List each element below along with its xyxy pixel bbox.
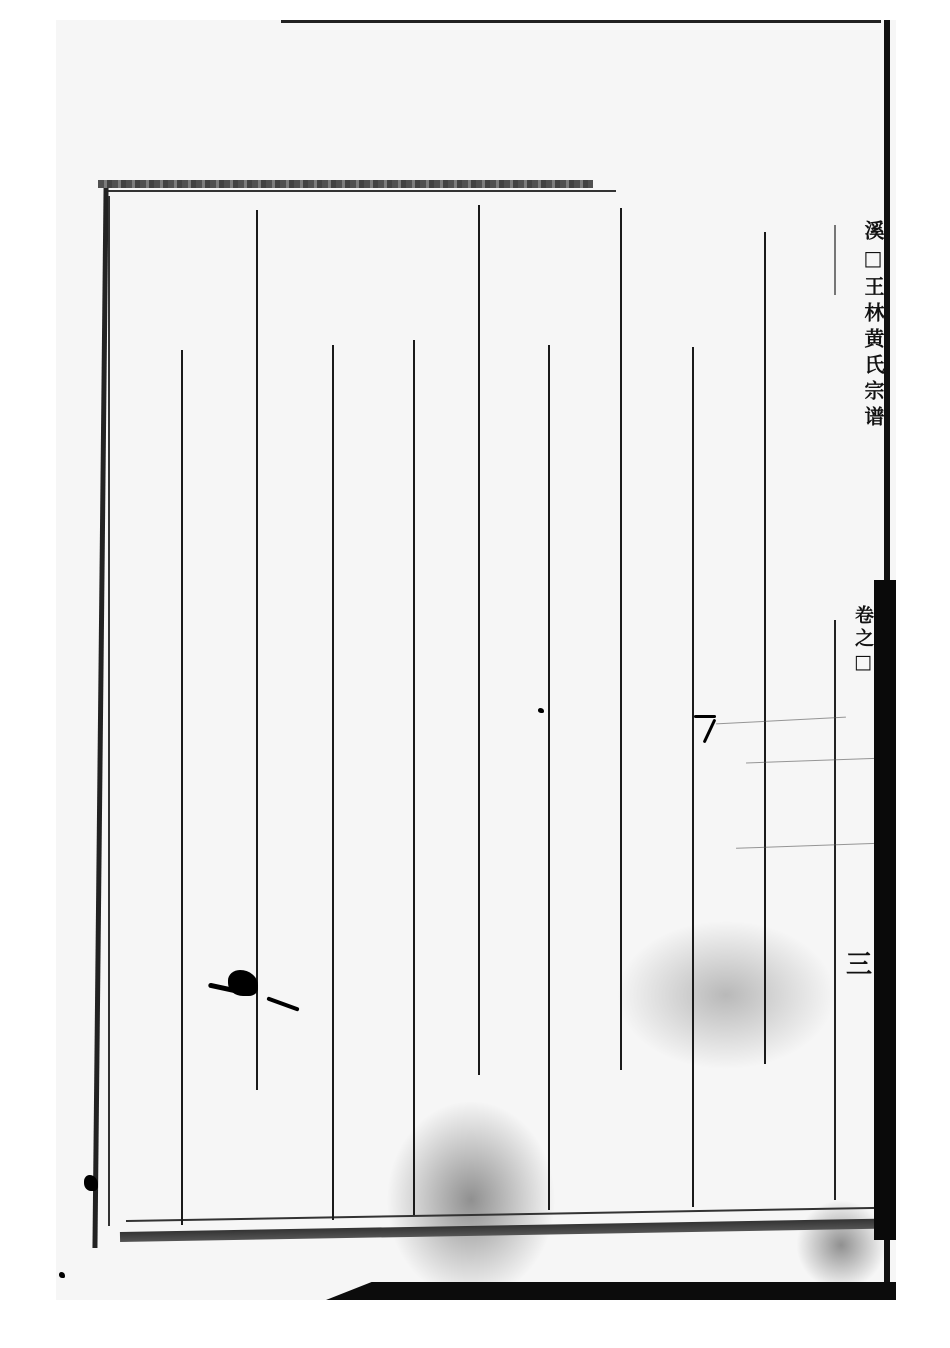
margin-book-title: 溪□王林黄氏宗谱 — [862, 220, 884, 432]
frame-left-border — [92, 188, 108, 1248]
scanned-page: 溪□王林黄氏宗谱 卷之□ 三 — [56, 20, 896, 1300]
column-rule — [332, 345, 334, 1220]
page-number: 三 — [844, 952, 874, 978]
column-rule — [620, 208, 622, 1070]
faint-line — [746, 758, 886, 764]
column-rule — [764, 232, 766, 1064]
ink-dot — [538, 708, 544, 713]
margin-volume-label: 卷之□ — [852, 605, 874, 677]
column-rule — [692, 347, 694, 1207]
ink-blot — [84, 1175, 98, 1191]
faint-line — [716, 717, 846, 725]
page-bottom-shadow — [326, 1282, 896, 1300]
column-rule — [256, 210, 258, 1090]
margin-dark-band — [874, 580, 896, 1240]
column-rule — [478, 205, 480, 1075]
ink-blot — [266, 996, 299, 1011]
page-top-edge — [281, 20, 881, 23]
column-rule — [548, 345, 550, 1210]
ink-dot — [59, 1272, 65, 1278]
ink-stain — [386, 1100, 556, 1300]
ink-stain — [796, 1200, 886, 1290]
frame-left-inner-line — [108, 196, 110, 1226]
column-rule — [181, 350, 183, 1225]
ink-mark — [703, 719, 717, 744]
frame-top-inner-line — [104, 190, 616, 192]
faint-line — [736, 842, 896, 849]
ink-mark — [694, 715, 716, 718]
margin-strip-line — [834, 620, 836, 1200]
frame-top-border — [98, 180, 593, 188]
ink-stain — [616, 920, 836, 1070]
column-rule — [413, 340, 415, 1215]
margin-strip-line — [834, 225, 836, 295]
